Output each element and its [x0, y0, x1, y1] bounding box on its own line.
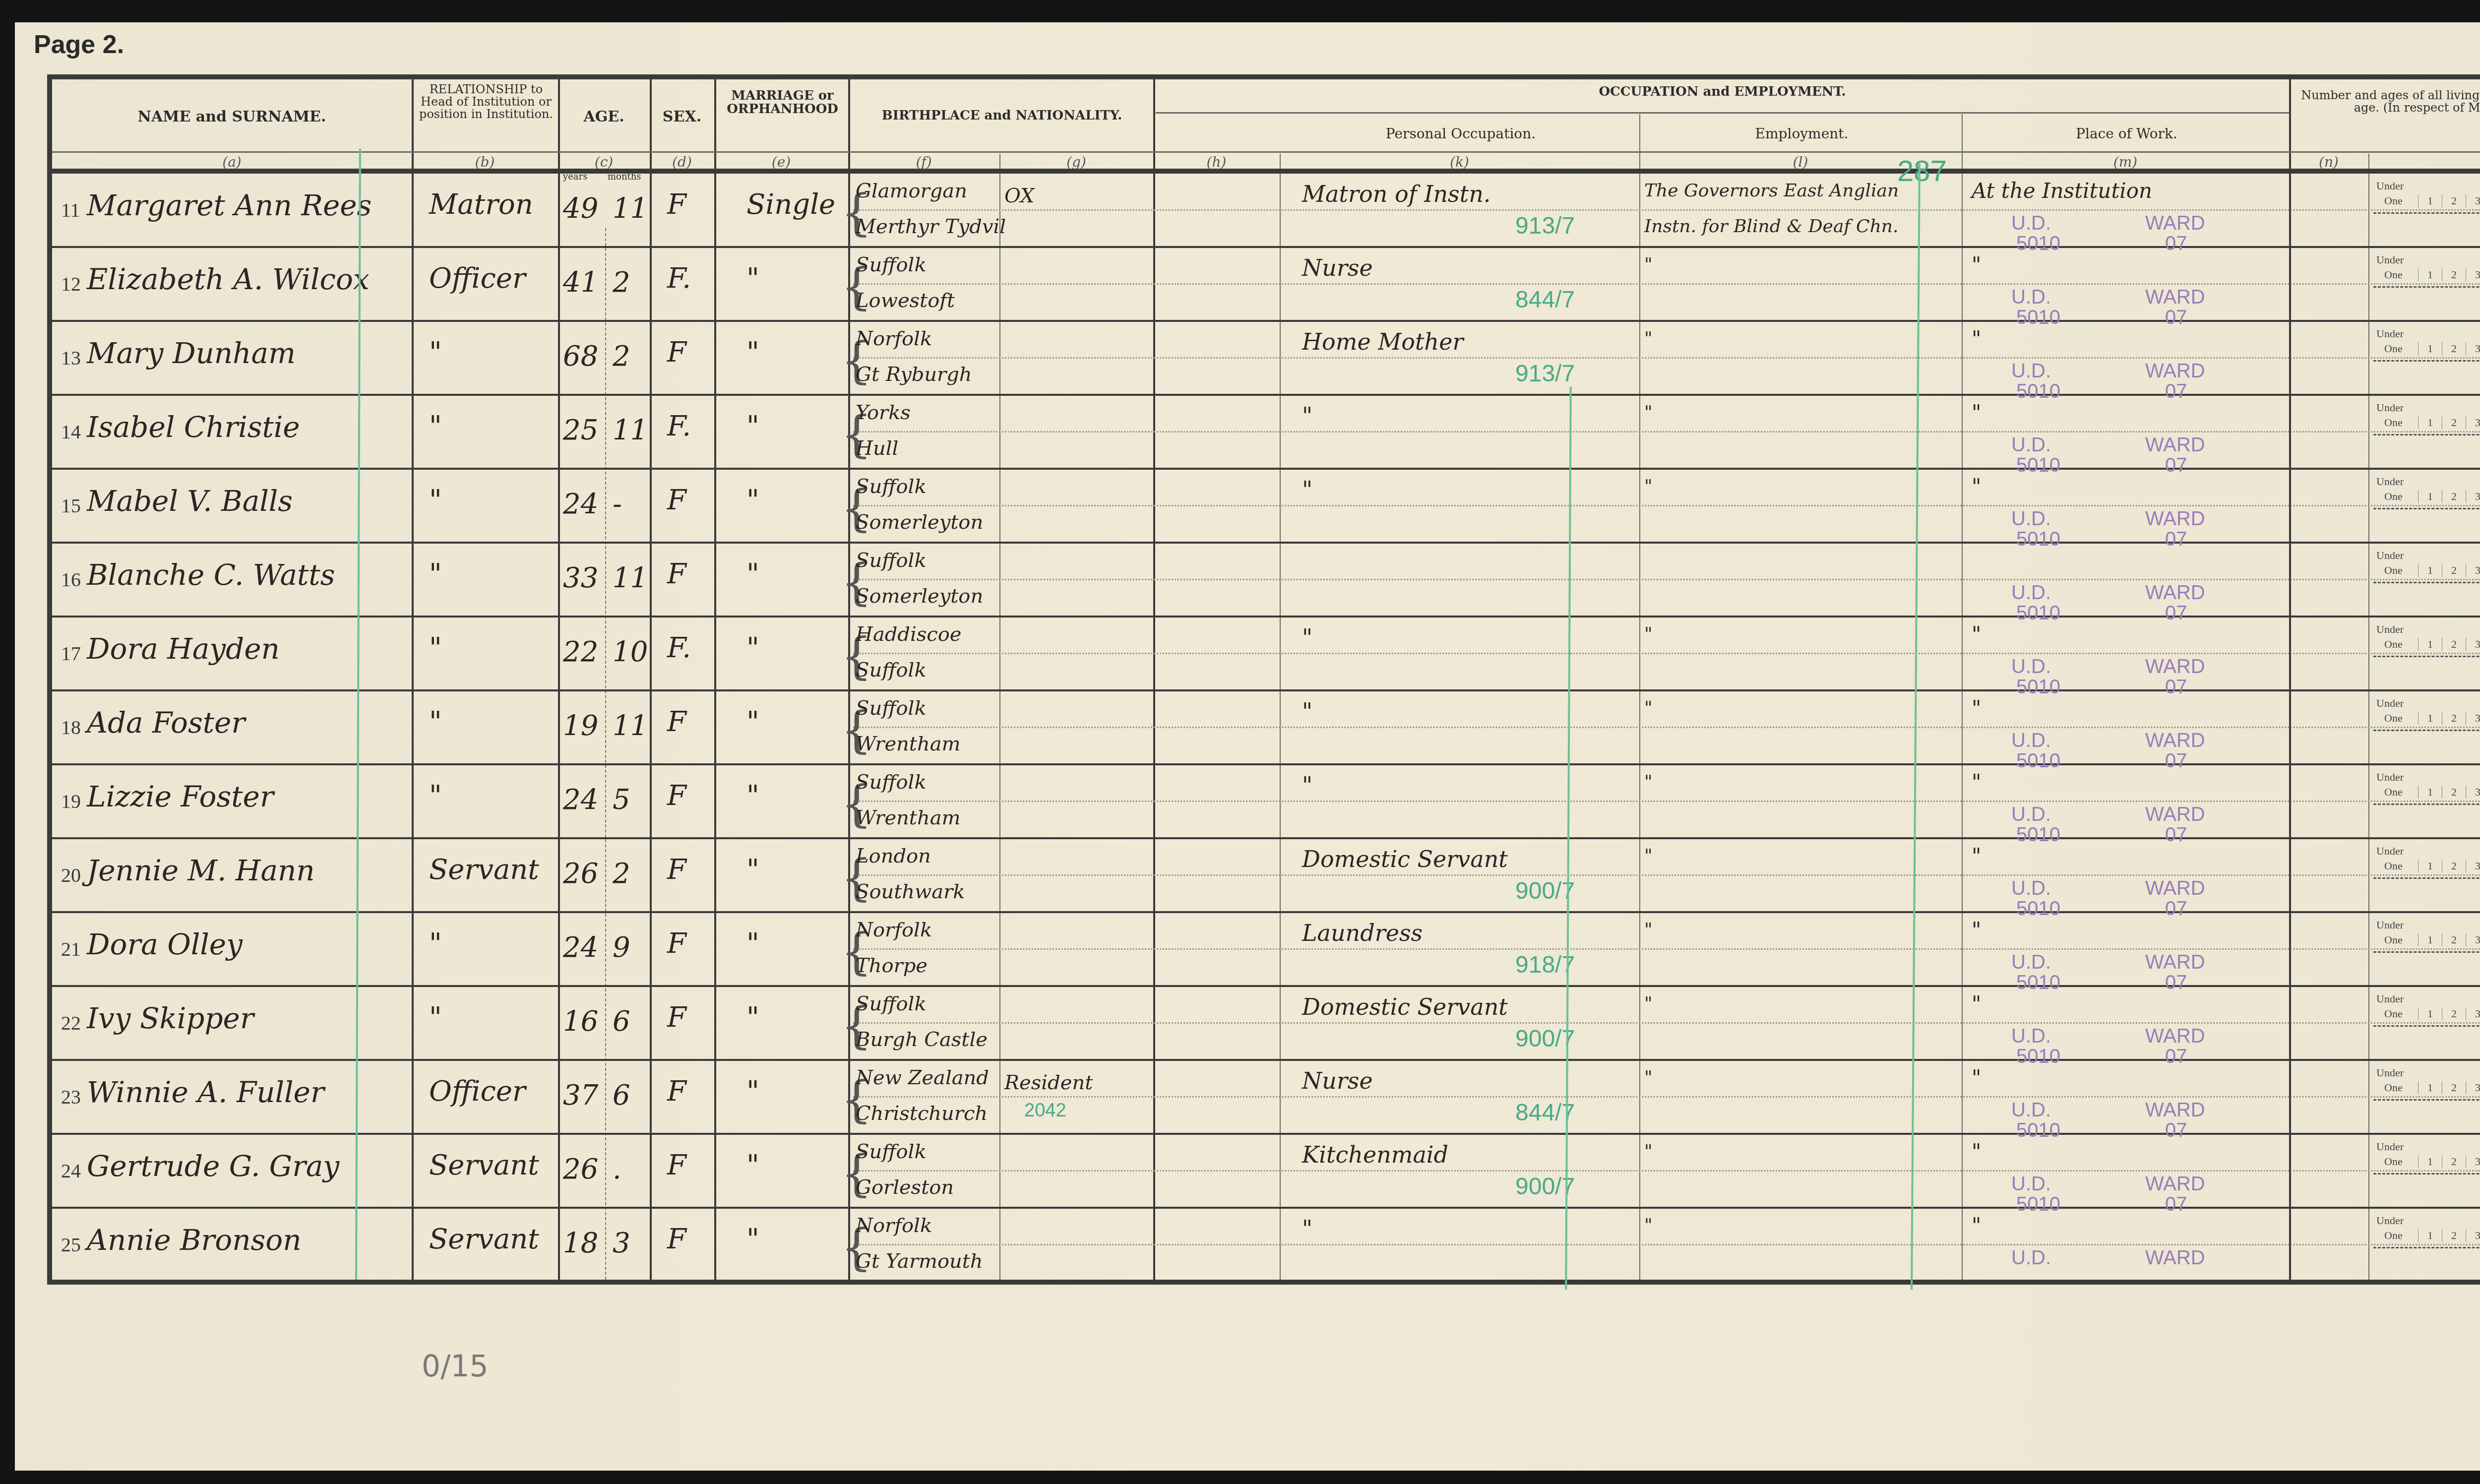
- employment-line1: ": [1644, 839, 1653, 873]
- personal-occupation: ": [1302, 472, 1312, 507]
- birthplace-county: Suffolk: [856, 469, 927, 504]
- person-name: Lizzie Foster: [87, 780, 274, 813]
- birthplace-county: Yorks: [856, 395, 911, 430]
- age-years: 18: [563, 1227, 598, 1259]
- employment-line1: ": [1644, 1134, 1653, 1169]
- age-cell: 2: [2442, 933, 2466, 946]
- sex: F: [667, 558, 686, 590]
- place-of-work: ": [1972, 987, 1981, 1021]
- place-of-work: ": [1972, 1060, 1981, 1095]
- age-years: 16: [563, 1005, 598, 1038]
- personal-occupation: Kitchenmaid: [1302, 1137, 1448, 1172]
- under-label: Under: [2376, 1066, 2404, 1079]
- one-label: One: [2384, 564, 2403, 577]
- row-number: 25: [61, 1233, 81, 1256]
- age-cell: 2: [2442, 342, 2466, 355]
- personal-occupation: ": [1302, 1211, 1312, 1246]
- row-number: 14: [61, 420, 81, 443]
- census-table: NAME and SURNAME. RELATIONSHIP to Head o…: [47, 74, 2480, 1285]
- stamp-ud: U.D.: [2011, 1173, 2051, 1195]
- marriage-status: ": [746, 336, 759, 369]
- employment-line1: ": [1644, 765, 1653, 800]
- employment-line1: ": [1644, 1208, 1653, 1243]
- employment-line2: Instn. for Blind & Deaf Chn.: [1644, 209, 1898, 244]
- age-months: 6: [613, 1079, 630, 1112]
- stamp-ud: U.D.: [2011, 286, 2051, 309]
- header-age: AGE.: [558, 109, 650, 125]
- stamp-ward: WARD: [2145, 360, 2205, 382]
- age-cell: 3: [2466, 1007, 2480, 1020]
- place-of-work: ": [1972, 247, 1981, 282]
- employment-line1: ": [1644, 395, 1653, 430]
- nationality: OX: [1004, 179, 1035, 213]
- stamp-code: 5010: [2016, 454, 2060, 477]
- row-number: 15: [61, 494, 81, 517]
- under-label: Under: [2376, 845, 2404, 858]
- one-label: One: [2384, 194, 2403, 207]
- age-cell: 1: [2418, 1229, 2442, 1242]
- age-cell: 1: [2418, 194, 2442, 207]
- marriage-status: ": [746, 558, 759, 590]
- relationship: ": [429, 410, 442, 442]
- personal-occupation: Nurse: [1302, 1063, 1373, 1098]
- occupation-code: 913/7: [1515, 360, 1575, 387]
- age-cell: 2: [2442, 1007, 2466, 1020]
- person-name: Gertrude G. Gray: [87, 1149, 339, 1183]
- personal-occupation: ": [1302, 768, 1312, 803]
- age-months: 11: [613, 414, 648, 446]
- table-row: 18 Ada Foster " 19 11 F " { Suffolk Wren…: [52, 691, 2480, 765]
- stamp-ud: U.D.: [2011, 434, 2051, 456]
- children-age-grid: Under One Age last birthday 123456789101…: [2373, 178, 2480, 244]
- birthplace-county: Glamorgan: [856, 174, 967, 208]
- under-label: Under: [2376, 919, 2404, 931]
- birthplace-town: Suffolk: [856, 653, 927, 687]
- age-cell: 3: [2466, 712, 2480, 725]
- age-months: 2: [613, 266, 630, 299]
- place-of-work: ": [1972, 765, 1981, 800]
- personal-occupation: Domestic Servant: [1302, 842, 1508, 876]
- birthplace-county: New Zealand: [856, 1060, 989, 1095]
- age-months: 2: [613, 858, 630, 890]
- stamp-ward-number: 07: [2165, 898, 2187, 920]
- person-name: Ada Foster: [87, 706, 245, 740]
- age-months: 3: [613, 1227, 630, 1259]
- personal-occupation: Domestic Servant: [1302, 989, 1508, 1024]
- birthplace-town: Gt Yarmouth: [856, 1244, 983, 1279]
- under-label: Under: [2376, 253, 2404, 266]
- header-employment: Employment.: [1642, 126, 1962, 141]
- under-label: Under: [2376, 401, 2404, 414]
- stamp-ward: WARD: [2145, 1025, 2205, 1048]
- stamp-code: 5010: [2016, 233, 2060, 255]
- children-age-grid: Under One Age last birthday 123456789101…: [2373, 1138, 2480, 1205]
- children-age-grid: Under One Age last birthday 123456789101…: [2373, 473, 2480, 540]
- age-cell: 1: [2418, 564, 2442, 577]
- table-row: 23 Winnie A. Fuller Officer 37 6 F " { N…: [52, 1060, 2480, 1135]
- birthplace-county: Norfolk: [856, 321, 932, 356]
- age-years: 37: [563, 1079, 598, 1112]
- stamp-code: 5010: [2016, 676, 2060, 698]
- age-months: -: [613, 488, 622, 520]
- col-letter: (f): [848, 154, 999, 170]
- one-label: One: [2384, 786, 2403, 799]
- person-name: Ivy Skipper: [87, 1001, 254, 1035]
- age-cell: 2: [2442, 268, 2466, 281]
- person-name: Blanche C. Watts: [87, 558, 335, 592]
- stamp-ward-number: 07: [2165, 454, 2187, 477]
- marriage-status: ": [746, 632, 759, 664]
- stamp-ward-number: 07: [2165, 380, 2187, 403]
- relationship: Officer: [429, 1075, 526, 1108]
- stamp-ward: WARD: [2145, 434, 2205, 456]
- age-cell: 2: [2442, 194, 2466, 207]
- marriage-status: ": [746, 927, 759, 960]
- person-name: Margaret Ann Rees: [87, 188, 372, 222]
- col-letter: (m): [1962, 154, 2289, 170]
- table-row: 24 Gertrude G. Gray Servant 26 . F " { S…: [52, 1134, 2480, 1209]
- marriage-status: ": [746, 1001, 759, 1034]
- relationship: ": [429, 484, 442, 516]
- stamp-code: 5010: [2016, 750, 2060, 772]
- relationship: ": [429, 706, 442, 738]
- marriage-status: ": [746, 780, 759, 812]
- age-years: 24: [563, 784, 598, 816]
- employment-line1: The Governors East Anglian: [1644, 174, 1899, 208]
- sex: F: [667, 188, 686, 221]
- table-row: 17 Dora Hayden " 22 10 F. " { Haddiscoe …: [52, 617, 2480, 691]
- person-name: Elizabeth A. Wilcox: [87, 262, 370, 296]
- age-cell: 1: [2418, 416, 2442, 429]
- children-age-grid: Under One Age last birthday 123456789101…: [2373, 251, 2480, 318]
- place-of-work: ": [1972, 321, 1981, 356]
- person-name: Annie Bronson: [87, 1223, 302, 1257]
- age-cell: 2: [2442, 712, 2466, 725]
- relationship: Servant: [429, 1223, 539, 1255]
- age-cell: 3: [2466, 268, 2480, 281]
- stamp-ud: U.D.: [2011, 1247, 2051, 1269]
- table-row: 22 Ivy Skipper " 16 6 F " { Suffolk Burg…: [52, 987, 2480, 1061]
- row-number: 18: [61, 716, 81, 739]
- age-cell: 2: [2442, 490, 2466, 503]
- table-row: 16 Blanche C. Watts " 33 11 F " { Suffol…: [52, 543, 2480, 618]
- age-cell: 3: [2466, 194, 2480, 207]
- relationship: Servant: [429, 854, 539, 886]
- col-letter: (k): [1280, 154, 1639, 170]
- stamp-ud: U.D.: [2011, 360, 2051, 382]
- age-cell: 2: [2442, 416, 2466, 429]
- stamp-code: 5010: [2016, 972, 2060, 994]
- age-cell: 1: [2418, 638, 2442, 651]
- employment-line1: ": [1644, 691, 1653, 726]
- birthplace-town: Wrentham: [856, 801, 960, 835]
- employment-line1: ": [1644, 247, 1653, 282]
- relationship: ": [429, 632, 442, 664]
- relationship: Matron: [429, 188, 533, 221]
- stamp-code: 5010: [2016, 528, 2060, 551]
- age-cell: 1: [2418, 342, 2442, 355]
- sex: F.: [667, 410, 691, 442]
- stamp-ward: WARD: [2145, 656, 2205, 678]
- under-label: Under: [2376, 992, 2404, 1005]
- stamp-code: 5010: [2016, 898, 2060, 920]
- age-months: 2: [613, 340, 630, 372]
- age-years: 68: [563, 340, 598, 372]
- birthplace-town: Somerleyton: [856, 579, 983, 614]
- age-cell: 2: [2442, 1229, 2466, 1242]
- header-children: Number and ages of all living children a…: [2292, 89, 2480, 114]
- stamp-ud: U.D.: [2011, 212, 2051, 235]
- marriage-status: ": [746, 1075, 759, 1108]
- header-personal-occupation: Personal Occupation.: [1282, 126, 1639, 141]
- personal-occupation: ": [1302, 620, 1312, 655]
- col-letter: (h): [1153, 154, 1280, 170]
- table-row: 11 Margaret Ann Rees Matron 49 11 F Sing…: [52, 174, 2480, 248]
- place-of-work: ": [1972, 395, 1981, 430]
- occupation-code: 844/7: [1515, 286, 1575, 313]
- row-number: 22: [61, 1011, 81, 1035]
- row-number: 12: [61, 272, 81, 296]
- stamp-ud: U.D.: [2011, 1025, 2051, 1048]
- age-cell: 1: [2418, 860, 2442, 872]
- children-age-grid: Under One Age last birthday 123456789101…: [2373, 621, 2480, 687]
- age-cell: 1: [2418, 1155, 2442, 1168]
- one-label: One: [2384, 490, 2403, 503]
- one-label: One: [2384, 416, 2403, 429]
- header-place-of-work: Place of Work.: [1964, 126, 2289, 141]
- age-years: 24: [563, 931, 598, 964]
- header-birthplace: BIRTHPLACE and NATIONALITY.: [851, 109, 1153, 123]
- stamp-ward: WARD: [2145, 582, 2205, 604]
- header-sex: SEX.: [650, 109, 714, 125]
- age-cell: 1: [2418, 268, 2442, 281]
- children-age-grid: Under One Age last birthday 123456789101…: [2373, 1212, 2480, 1279]
- stamp-ward: WARD: [2145, 804, 2205, 826]
- row-number: 23: [61, 1085, 81, 1109]
- children-age-grid: Under One Age last birthday 123456789101…: [2373, 1064, 2480, 1131]
- relationship: Servant: [429, 1149, 539, 1181]
- birthplace-county: Norfolk: [856, 913, 932, 947]
- nationality: Resident: [1004, 1065, 1093, 1100]
- birthplace-town: Merthyr Tydvil: [856, 209, 1006, 244]
- age-years: 49: [563, 192, 598, 225]
- age-cell: 3: [2466, 786, 2480, 799]
- age-cell: 2: [2442, 1081, 2466, 1094]
- header-marriage: MARRIAGE or ORPHANHOOD: [717, 89, 848, 117]
- row-number: 20: [61, 864, 81, 887]
- sex: F.: [667, 632, 691, 664]
- age-cell: 3: [2466, 638, 2480, 651]
- footer-note: 0/15: [422, 1349, 489, 1384]
- age-years: 33: [563, 562, 598, 594]
- marriage-status: ": [746, 410, 759, 442]
- employment-line1: ": [1644, 617, 1653, 652]
- age-cell: 3: [2466, 1229, 2480, 1242]
- stamp-ward: WARD: [2145, 508, 2205, 530]
- row-number: 19: [61, 790, 81, 813]
- children-age-grid: Under One Age last birthday 123456789101…: [2373, 547, 2480, 614]
- table-row: 25 Annie Bronson Servant 18 3 F " { Norf…: [52, 1208, 2480, 1283]
- age-cell: 2: [2442, 786, 2466, 799]
- stamp-ward: WARD: [2145, 951, 2205, 974]
- sex: F: [667, 1001, 686, 1034]
- age-cell: 2: [2442, 860, 2466, 872]
- marriage-status: ": [746, 1149, 759, 1181]
- age-cell: 3: [2466, 860, 2480, 872]
- person-name: Mary Dunham: [87, 336, 296, 370]
- one-label: One: [2384, 638, 2403, 651]
- age-months: 11: [613, 710, 648, 742]
- stamp-ward-number: 07: [2165, 824, 2187, 846]
- children-age-grid: Under One Age last birthday 123456789101…: [2373, 990, 2480, 1057]
- birthplace-county: Haddiscoe: [856, 617, 961, 652]
- stamp-ward: WARD: [2145, 1099, 2205, 1121]
- stamp-ud: U.D.: [2011, 877, 2051, 900]
- age-months: 9: [613, 931, 630, 964]
- relationship: Officer: [429, 262, 526, 295]
- birthplace-town: Somerleyton: [856, 505, 983, 540]
- age-cell: 2: [2442, 564, 2466, 577]
- stamp-ud: U.D.: [2011, 804, 2051, 826]
- place-of-work: ": [1972, 617, 1981, 652]
- relationship: ": [429, 1001, 442, 1034]
- children-age-grid: Under One Age last birthday 123456789101…: [2373, 917, 2480, 983]
- age-cell: 3: [2466, 1155, 2480, 1168]
- occupation-code: 913/7: [1515, 212, 1575, 240]
- col-letter: (a): [52, 154, 412, 170]
- header-relationship: RELATIONSHIP to Head of Institution or p…: [414, 83, 558, 121]
- one-label: One: [2384, 342, 2403, 355]
- employment-line1: ": [1644, 987, 1653, 1021]
- table-row: 14 Isabel Christie " 25 11 F. " { Yorks …: [52, 395, 2480, 470]
- col-letter: (n): [2289, 154, 2368, 170]
- age-months: 10: [613, 636, 648, 668]
- children-age-grid: Under One Age last birthday 123456789101…: [2373, 695, 2480, 761]
- table-row: 13 Mary Dunham " 68 2 F " { Norfolk Gt R…: [52, 321, 2480, 396]
- col-letter: (o): [2368, 154, 2480, 170]
- stamp-ud: U.D.: [2011, 582, 2051, 604]
- place-of-work: ": [1972, 469, 1981, 504]
- children-age-grid: Under One Age last birthday 123456789101…: [2373, 769, 2480, 835]
- table-row: 15 Mabel V. Balls " 24 - F " { Suffolk S…: [52, 469, 2480, 544]
- stamp-ward: WARD: [2145, 286, 2205, 309]
- personal-occupation: Laundress: [1302, 916, 1423, 950]
- under-label: Under: [2376, 623, 2404, 636]
- age-years: 24: [563, 488, 598, 520]
- age-cell: 1: [2418, 490, 2442, 503]
- one-label: One: [2384, 712, 2403, 725]
- stamp-ward: WARD: [2145, 1247, 2205, 1269]
- age-months: .: [613, 1153, 621, 1185]
- under-label: Under: [2376, 1140, 2404, 1153]
- birthplace-county: Suffolk: [856, 1134, 927, 1169]
- table-row: 20 Jennie M. Hann Servant 26 2 F " { Lon…: [52, 839, 2480, 913]
- marriage-status: ": [746, 1223, 759, 1255]
- relationship: ": [429, 336, 442, 369]
- personal-occupation: Nurse: [1302, 250, 1373, 285]
- stamp-code: 5010: [2016, 380, 2060, 403]
- under-label: Under: [2376, 1214, 2404, 1227]
- age-cell: 3: [2466, 416, 2480, 429]
- stamp-ward: WARD: [2145, 1173, 2205, 1195]
- age-months: 6: [613, 1005, 630, 1038]
- relationship: ": [429, 558, 442, 590]
- birthplace-town: Wrentham: [856, 727, 960, 761]
- age-cell: 2: [2442, 1155, 2466, 1168]
- stamp-ud: U.D.: [2011, 951, 2051, 974]
- stamp-ward: WARD: [2145, 730, 2205, 752]
- birthplace-town: Christchurch: [856, 1096, 988, 1131]
- sex: F: [667, 1223, 686, 1255]
- age-months: 5: [613, 784, 630, 816]
- birthplace-county: Suffolk: [856, 987, 927, 1021]
- birthplace-county: London: [856, 839, 931, 873]
- person-name: Dora Hayden: [87, 632, 280, 666]
- marriage-status: ": [746, 484, 759, 516]
- stamp-ud: U.D.: [2011, 730, 2051, 752]
- age-cell: 3: [2466, 933, 2480, 946]
- employment-code: 287: [1897, 154, 1947, 188]
- birthplace-town: Lowestoft: [856, 283, 955, 318]
- row-number: 24: [61, 1159, 81, 1182]
- stamp-ud: U.D.: [2011, 1099, 2051, 1121]
- one-label: One: [2384, 1081, 2403, 1094]
- sex: F: [667, 780, 686, 812]
- age-years: 22: [563, 636, 598, 668]
- age-cell: 1: [2418, 786, 2442, 799]
- under-label: Under: [2376, 771, 2404, 784]
- age-years: 41: [563, 266, 598, 299]
- place-of-work: ": [1972, 839, 1981, 873]
- sex: F.: [667, 262, 691, 295]
- employment-line1: ": [1644, 469, 1653, 504]
- stamp-ud: U.D.: [2011, 508, 2051, 530]
- under-label: Under: [2376, 327, 2404, 340]
- personal-occupation: Home Mother: [1302, 324, 1463, 359]
- children-age-grid: Under One Age last birthday 123456789101…: [2373, 843, 2480, 909]
- age-months: 11: [613, 192, 648, 225]
- person-name: Mabel V. Balls: [87, 484, 293, 518]
- marriage-status: ": [746, 706, 759, 738]
- personal-occupation: Matron of Instn.: [1302, 177, 1490, 211]
- stamp-ward: WARD: [2145, 212, 2205, 235]
- header-occupation: OCCUPATION and EMPLOYMENT.: [1156, 85, 2289, 99]
- row-number: 21: [61, 937, 81, 961]
- marriage-status: ": [746, 262, 759, 295]
- nationality-code: 2042: [1024, 1100, 1066, 1121]
- age-years: 25: [563, 414, 598, 446]
- birthplace-county: Suffolk: [856, 765, 927, 800]
- sex: F: [667, 854, 686, 886]
- one-label: One: [2384, 860, 2403, 872]
- age-cell: 3: [2466, 564, 2480, 577]
- header-rule: [52, 169, 2480, 174]
- sex: F: [667, 706, 686, 738]
- age-years: 26: [563, 1153, 598, 1185]
- stamp-ward-number: 07: [2165, 602, 2187, 624]
- person-name: Dora Olley: [87, 927, 243, 961]
- row-number: 11: [61, 198, 80, 222]
- marriage-status: ": [746, 854, 759, 886]
- age-years: 19: [563, 710, 598, 742]
- age-cell: 1: [2418, 933, 2442, 946]
- birthplace-town: Gt Ryburgh: [856, 357, 972, 392]
- age-cell: 1: [2418, 712, 2442, 725]
- place-of-work: ": [1972, 1134, 1981, 1169]
- one-label: One: [2384, 1155, 2403, 1168]
- table-row: 19 Lizzie Foster " 24 5 F " { Suffolk Wr…: [52, 765, 2480, 839]
- sex: F: [667, 1075, 686, 1108]
